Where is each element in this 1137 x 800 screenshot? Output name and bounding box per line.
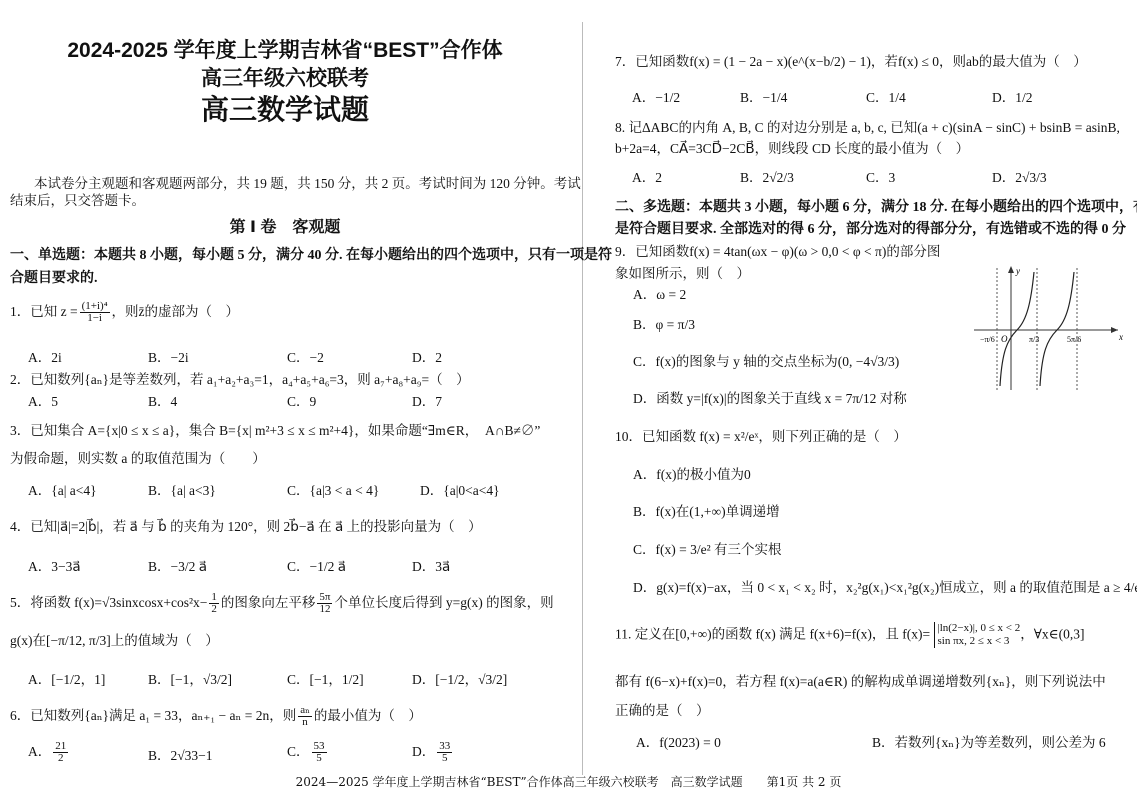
intro-line2: 结束后，只交答题卡。 <box>10 189 145 209</box>
q8-option-b[interactable]: B．2√2/3 <box>740 166 794 186</box>
q2-option-c[interactable]: C．9 <box>287 390 316 410</box>
q4-option-c[interactable]: C．−1/2 a⃗ <box>287 555 346 575</box>
q7-option-d[interactable]: D．1/2 <box>992 86 1033 106</box>
x-axis-arrow-icon <box>1111 327 1118 333</box>
question-8-line1: 8. 记ΔABC的内角 A, B, C 的对边分别是 a, b, c, 已知(a… <box>615 116 1120 136</box>
question-2: 2．已知数列{aₙ}是等差数列，若 a₁+a₂+a₃=1，a₄+a₅+a₆=3，… <box>10 368 470 388</box>
q2-option-b[interactable]: B．4 <box>148 390 177 410</box>
q8-option-c[interactable]: C．3 <box>866 166 895 186</box>
svg-text:O: O <box>1001 334 1008 344</box>
q5-option-a[interactable]: A．[−1/2，1] <box>28 668 105 688</box>
question-9-line2: 象如图所示，则（ ） <box>615 262 750 282</box>
q6-option-c[interactable]: C．535 <box>287 740 329 765</box>
q5-option-d[interactable]: D．[−1/2，√3/2] <box>412 668 507 688</box>
q8-option-a[interactable]: A．2 <box>632 166 662 186</box>
q7-option-b[interactable]: B．−1/4 <box>740 86 787 106</box>
q9-option-b[interactable]: B．φ = π/3 <box>633 313 695 333</box>
q10-option-a[interactable]: A．f(x)的极小值为0 <box>633 463 751 483</box>
exam-title-subject: 高三数学试题 <box>0 88 570 128</box>
q1-option-c[interactable]: C．−2 <box>287 346 324 366</box>
question-10: 10．已知函数 f(x) = x²/eˣ，则下列正确的是（ ） <box>615 425 907 445</box>
tangent-function-graph: y x O −π/6 π/3 5π/6 <box>974 262 1124 392</box>
q7-option-c[interactable]: C．1/4 <box>866 86 906 106</box>
q8-option-d[interactable]: D．2√3/3 <box>992 166 1047 186</box>
section1-line1: 一、单选题：本题共 8 小题，每小题 5 分，满分 40 分. 在每小题给出的四… <box>10 244 612 264</box>
question-5-line2: g(x)在[−π/12, π/3]上的值域为（ ） <box>10 629 219 649</box>
q9-option-d[interactable]: D．函数 y=|f(x)|的图象关于直线 x = 7π/12 对称 <box>633 387 907 407</box>
svg-text:−π/6: −π/6 <box>980 335 995 344</box>
q4-option-b[interactable]: B．−3/2 a⃗ <box>148 555 207 575</box>
question-3-line2: 为假命题，则实数 a 的取值范围为（ ） <box>10 447 266 467</box>
section1-line2: 合题目要求的. <box>10 267 98 287</box>
svg-text:y: y <box>1015 266 1020 276</box>
q1-option-a[interactable]: A．2i <box>28 346 62 366</box>
q5-option-c[interactable]: C．[−1，1/2] <box>287 668 364 688</box>
question-8-line2: b+2a=4，CA⃗=3CD⃗−2CB⃗，则线段 CD 长度的最小值为（ ） <box>615 137 969 157</box>
q3-option-b[interactable]: B．{a| a<3} <box>148 479 216 499</box>
q9-option-a[interactable]: A．ω = 2 <box>633 283 686 303</box>
fraction: (1+i)⁴1−i <box>80 301 110 325</box>
q10-option-c[interactable]: C．f(x) = 3/e² 有三个实根 <box>633 538 782 558</box>
q6-option-a[interactable]: A．212 <box>28 740 70 765</box>
q6-option-b[interactable]: B．2√33−1 <box>148 744 213 764</box>
q5-option-b[interactable]: B．[−1，√3/2] <box>148 668 232 688</box>
page-footer: 2024—2025 学年度上学期吉林省“BEST”合作体高三年级六校联考 高三数… <box>0 773 1137 790</box>
column-divider <box>582 22 583 775</box>
section2-line2: 是符合题目要求. 全部选对的得 6 分，部分选对的得部分分，有选错或不选的得 0… <box>615 218 1126 238</box>
question-7: 7．已知函数f(x) = (1 − 2a − x)(e^(x−b/2) − 1)… <box>615 50 1087 70</box>
question-5-line1: 5．将函数 f(x)=√3sinxcosx+cos²x−12的图象向左平移5π1… <box>10 591 554 616</box>
question-11-line2: 都有 f(6−x)+f(x)=0，若方程 f(x)=a(a∈R) 的解构成单调递… <box>615 670 1106 690</box>
section2-line1: 二、多选题：本题共 3 小题，每小题 6 分，满分 18 分. 在每小题给出的四… <box>615 196 1137 216</box>
question-3-line1: 3．已知集合 A={x|0 ≤ x ≤ a}，集合 B={x| m²+3 ≤ x… <box>10 419 540 439</box>
question-11-line1: 11. 定义在[0,+∞)的函数 f(x) 满足 f(x+6)=f(x)，且 f… <box>615 622 1085 648</box>
q3-option-d[interactable]: D．{a|0<a<4} <box>420 479 500 499</box>
q4-option-a[interactable]: A．3−3a⃗ <box>28 555 81 575</box>
exam-title-line1: 2024-2025 学年度上学期吉林省“BEST”合作体 <box>0 34 570 64</box>
svg-text:π/3: π/3 <box>1029 335 1039 344</box>
svg-text:x: x <box>1118 332 1123 342</box>
q11-option-a[interactable]: A．f(2023) = 0 <box>636 731 721 751</box>
q11-option-b[interactable]: B．若数列{xₙ}为等差数列，则公差为 6 <box>872 731 1106 751</box>
q6-option-d[interactable]: D．335 <box>412 740 454 765</box>
piecewise-definition: |ln(2−x)|, 0 ≤ x < 2 sin πx, 2 ≤ x < 3 <box>934 622 1021 648</box>
q7-option-a[interactable]: A．−1/2 <box>632 86 680 106</box>
q2-option-a[interactable]: A．5 <box>28 390 58 410</box>
question-11-line3: 正确的是（ ） <box>615 699 710 719</box>
y-axis-arrow-icon <box>1008 266 1014 273</box>
question-4: 4．已知|a⃗|=2|b⃗|，若 a⃗ 与 b⃗ 的夹角为 120°，则 2b⃗… <box>10 515 482 535</box>
svg-text:5π/6: 5π/6 <box>1067 335 1081 344</box>
question-9-line1: 9．已知函数f(x) = 4tan(ωx − φ)(ω > 0,0 < φ < … <box>615 240 940 260</box>
q10-option-b[interactable]: B．f(x)在(1,+∞)单调递增 <box>633 500 780 520</box>
q2-option-d[interactable]: D．7 <box>412 390 442 410</box>
q1-option-b[interactable]: B．−2i <box>148 346 189 366</box>
q10-option-d[interactable]: D．g(x)=f(x)−ax，当 0 < x₁ < x₂ 时，x₂²g(x₁)<… <box>633 576 1137 596</box>
question-1: 1．已知 z =(1+i)⁴1−i，则z̄的虚部为（ ） <box>10 300 239 325</box>
question-6: 6．已知数列{aₙ}满足 a₁ = 33，aₙ₊₁ − aₙ = 2n，则aₙn… <box>10 704 422 729</box>
q9-option-c[interactable]: C．f(x)的图象与 y 轴的交点坐标为(0, −4√3/3) <box>633 350 899 370</box>
q1-option-d[interactable]: D．2 <box>412 346 442 366</box>
q3-option-a[interactable]: A．{a| a<4} <box>28 479 97 499</box>
part1-title: 第 Ⅰ 卷 客观题 <box>0 214 570 237</box>
q3-option-c[interactable]: C．{a|3 < a < 4} <box>287 479 379 499</box>
q4-option-d[interactable]: D．3a⃗ <box>412 555 450 575</box>
